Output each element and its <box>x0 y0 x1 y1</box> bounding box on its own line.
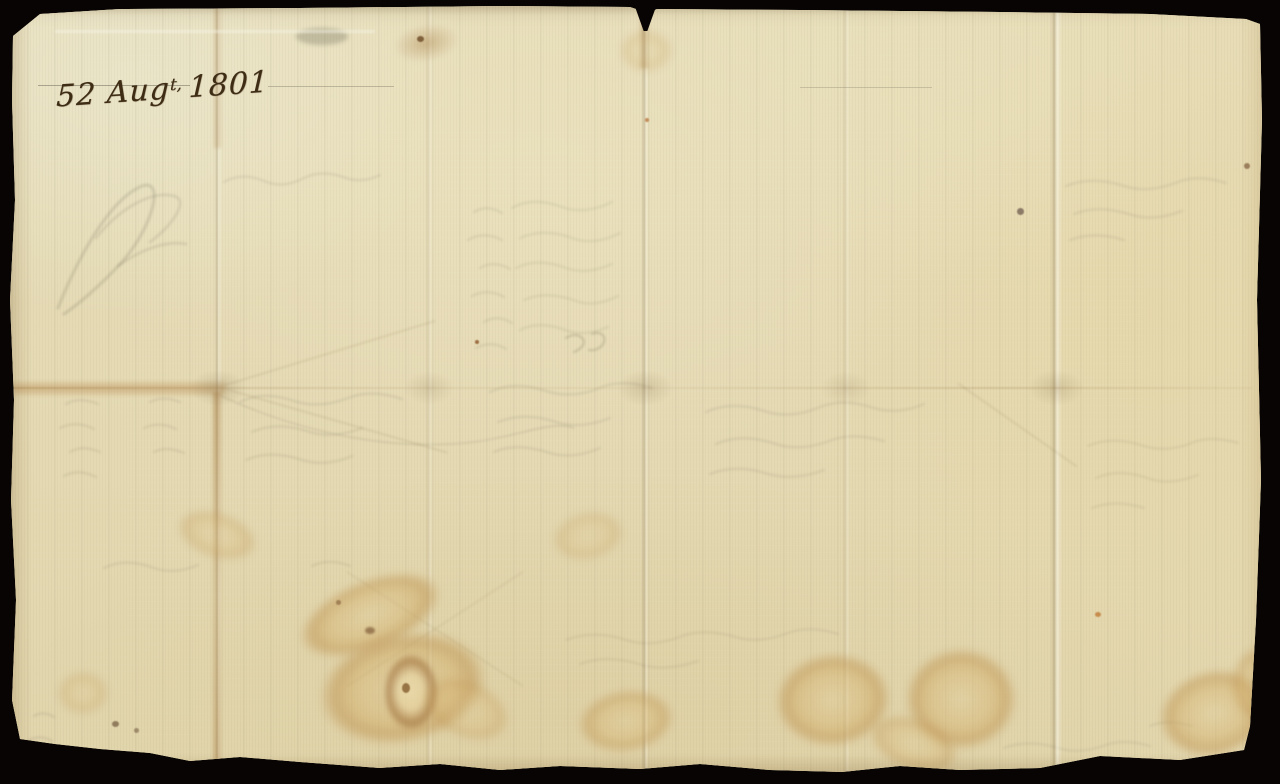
ink-speck <box>1095 612 1101 617</box>
ink-speck <box>336 600 341 605</box>
paper-edge-highlight <box>55 30 375 33</box>
ink-speck <box>365 627 375 634</box>
ruled-line <box>800 87 932 88</box>
water-stain <box>58 672 108 714</box>
ink-speck <box>1017 208 1024 215</box>
ink-speck <box>112 721 119 727</box>
ink-speck <box>134 728 139 733</box>
scanner-bed: 52 Augt,1801 <box>0 0 1280 784</box>
water-stain <box>1232 648 1280 720</box>
ink-speck <box>475 340 479 344</box>
ink-speck <box>417 36 424 42</box>
paper-sheet: 52 Augt,1801 <box>0 0 1280 784</box>
ink-speck <box>1244 163 1250 169</box>
ink-speck <box>645 118 649 122</box>
water-stain <box>620 30 672 72</box>
inscription-superscript: t, <box>170 74 183 94</box>
ruled-line <box>268 86 394 87</box>
fold-intersection-puckers <box>0 0 1280 784</box>
ink-speck <box>402 683 410 693</box>
inscription-year: 1801 <box>188 64 269 105</box>
